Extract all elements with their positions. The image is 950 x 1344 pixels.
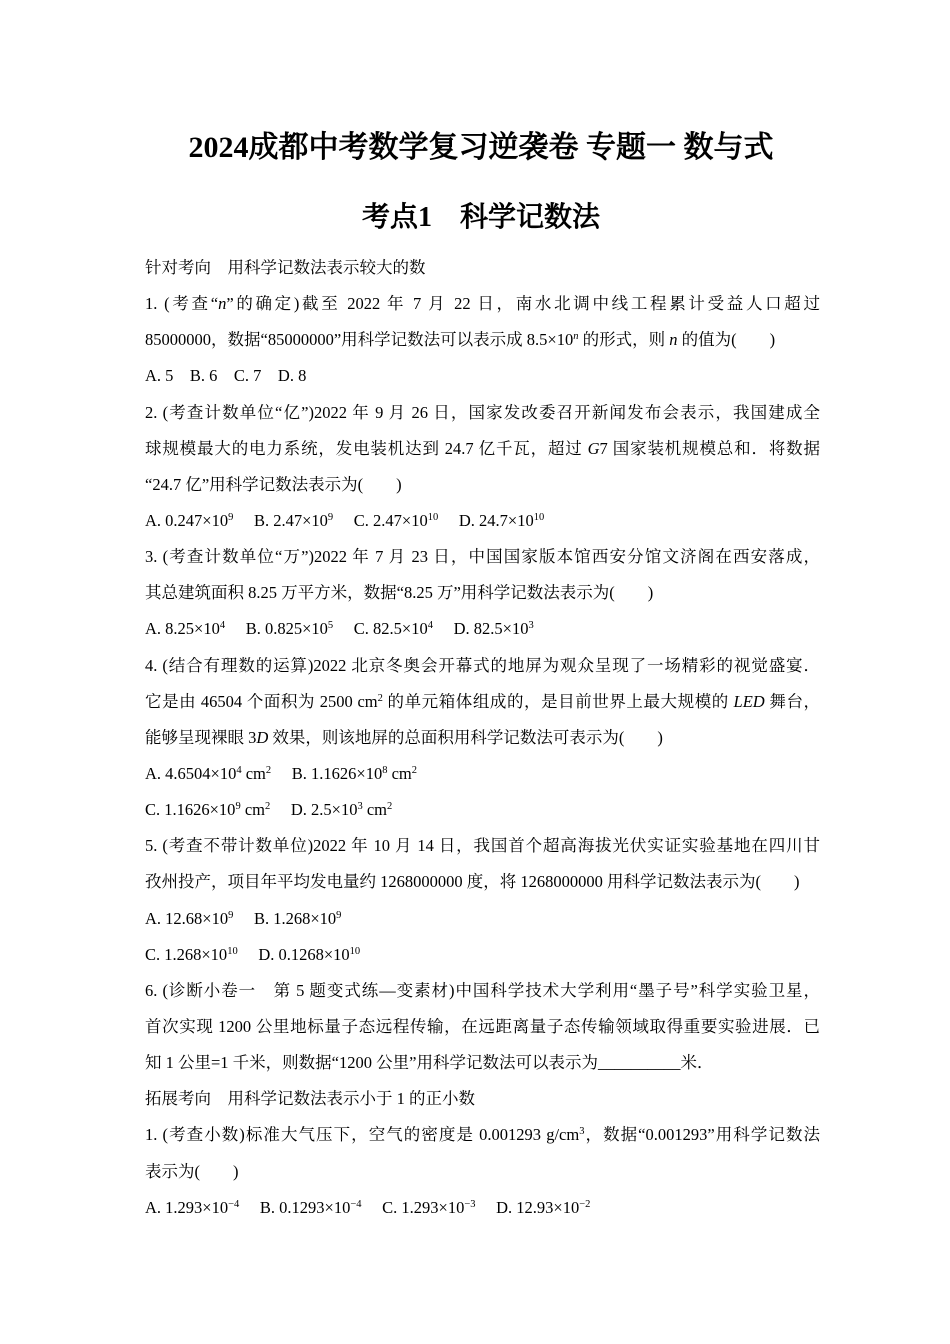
text-segment: −2 bbox=[579, 1199, 590, 1210]
text-segment: A. 12.68×10 bbox=[145, 909, 228, 928]
text-segment: 85000000，数据“85000000”用科学记数法可以表示成 8.5×10 bbox=[145, 330, 573, 349]
text-segment: 1. (考查小数)标准大气压下，空气的密度是 0.001293 g/cm bbox=[145, 1125, 579, 1144]
text-segment: 6. (诊断小卷一 第 5 题变式练—变素材)中国科学技术大学利用“墨子号”科学… bbox=[145, 981, 820, 1000]
text-segment: cm bbox=[363, 800, 387, 819]
text-segment: 10 bbox=[534, 512, 545, 523]
text-segment: 10 bbox=[350, 946, 361, 957]
text-segment: D. 12.93×10 bbox=[476, 1198, 580, 1217]
text-segment: 其总建筑面积 8.25 万平方米，数据“8.25 万”用科学记数法表示为( ) bbox=[145, 583, 653, 602]
text-segment: C. 82.5×10 bbox=[333, 619, 428, 638]
text-segment: “24.7 亿”用科学记数法表示为( ) bbox=[145, 475, 402, 494]
q4-options-cd: C. 1.1626×109 cm2 D. 2.5×103 cm2 bbox=[145, 792, 820, 828]
text-segment: 针对考向 用科学记数法表示较大的数 bbox=[145, 258, 426, 277]
text-segment: A. 0.247×10 bbox=[145, 511, 228, 530]
text-segment: 9 bbox=[336, 910, 341, 921]
text-segment: −4 bbox=[350, 1199, 361, 1210]
text-segment: C. 2.47×10 bbox=[333, 511, 428, 530]
text-segment: 的单元箱体组成的，是目前世界上最大规模的 bbox=[383, 692, 734, 711]
text-segment: 的值为( ) bbox=[677, 330, 775, 349]
text-segment: 能够呈现裸眼 3 bbox=[145, 728, 256, 747]
text-segment: B. 2.47×10 bbox=[233, 511, 328, 530]
text-segment: 10 bbox=[428, 512, 439, 523]
q1-line2: 85000000，数据“85000000”用科学记数法可以表示成 8.5×10n… bbox=[145, 322, 820, 358]
focus-direction-large-numbers: 针对考向 用科学记数法表示较大的数 bbox=[145, 250, 820, 286]
text-segment: 球规模最大的电力系统，发电装机达到 24.7 亿千瓦，超过 bbox=[145, 439, 588, 458]
text-segment: A. 8.25×10 bbox=[145, 619, 220, 638]
text-segment: C. 1.268×10 bbox=[145, 945, 227, 964]
q2-line1: 2. (考查计数单位“亿”)2022 年 9 月 26 日，国家发改委召开新闻发… bbox=[145, 395, 820, 431]
text-segment: −3 bbox=[464, 1199, 475, 1210]
q5-options-cd: C. 1.268×1010 D. 0.1268×1010 bbox=[145, 937, 820, 973]
text-segment: A. 4.6504×10 bbox=[145, 764, 236, 783]
q5-options-ab: A. 12.68×109 B. 1.268×109 bbox=[145, 901, 820, 937]
text-segment: ，数据“0.001293”用科学记数法 bbox=[584, 1125, 820, 1144]
text-segment: D bbox=[256, 728, 268, 747]
text-segment: G bbox=[588, 439, 600, 458]
text-segment: B. 0.825×10 bbox=[225, 619, 328, 638]
text-segment: cm bbox=[242, 764, 266, 783]
text-segment: 孜州投产，项目年平均发电量约 1268000000 度，将 1268000000… bbox=[145, 872, 800, 891]
text-segment: 拓展考向 用科学记数法表示小于 1 的正小数 bbox=[145, 1089, 475, 1108]
worksheet-page: 2024成都中考数学复习逆袭卷 专题一 数与式 考点1 科学记数法 针对考向 用… bbox=[0, 0, 950, 1344]
text-segment: 1. (考查“ bbox=[145, 294, 218, 313]
q6-line2: 首次实现 1200 公里地标量子态远程传输，在远距离量子态传输领域取得重要实验进… bbox=[145, 1009, 820, 1045]
focus-direction-small-decimals: 拓展考向 用科学记数法表示小于 1 的正小数 bbox=[145, 1081, 820, 1117]
q2-options: A. 0.247×109 B. 2.47×109 C. 2.47×1010 D.… bbox=[145, 503, 820, 539]
text-segment: 10 bbox=[227, 946, 238, 957]
document-title: 2024成都中考数学复习逆袭卷 专题一 数与式 bbox=[145, 126, 817, 170]
text-segment: LED bbox=[734, 692, 765, 711]
text-segment: C. 1.293×10 bbox=[362, 1198, 465, 1217]
q7-line2: 表示为( ) bbox=[145, 1154, 820, 1190]
text-segment: C. 1.1626×10 bbox=[145, 800, 235, 819]
q2-line2: 球规模最大的电力系统，发电装机达到 24.7 亿千瓦，超过 G7 国家装机规模总… bbox=[145, 431, 820, 467]
answer-blank: __________ bbox=[598, 1053, 681, 1072]
q5-line1: 5. (考查不带计数单位)2022 年 10 月 14 日，我国首个超高海拔光伏… bbox=[145, 828, 820, 864]
q4-options-ab: A. 4.6504×104 cm2 B. 1.1626×108 cm2 bbox=[145, 756, 820, 792]
text-segment: 7 国家装机规模总和．将数据 bbox=[600, 439, 820, 458]
q6-line3: 知 1 公里=1 千米，则数据“1200 公里”用科学记数法可以表示为_____… bbox=[145, 1045, 820, 1081]
text-segment: D. 0.1268×10 bbox=[238, 945, 350, 964]
q1-line1: 1. (考查“n”的确定)截至 2022 年 7 月 22 日，南水北调中线工程… bbox=[145, 286, 820, 322]
text-segment: ”的确定)截至 2022 年 7 月 22 日，南水北调中线工程累计受益人口超过 bbox=[226, 294, 820, 313]
text-segment: D. 2.5×10 bbox=[270, 800, 357, 819]
text-segment: A. 1.293×10 bbox=[145, 1198, 228, 1217]
text-segment: B. 0.1293×10 bbox=[239, 1198, 350, 1217]
q1-options: A. 5 B. 6 C. 7 D. 8 bbox=[145, 358, 820, 394]
text-segment: 2. (考查计数单位“亿”)2022 年 9 月 26 日，国家发改委召开新闻发… bbox=[145, 403, 820, 422]
q6-line1: 6. (诊断小卷一 第 5 题变式练—变素材)中国科学技术大学利用“墨子号”科学… bbox=[145, 973, 820, 1009]
q3-line2: 其总建筑面积 8.25 万平方米，数据“8.25 万”用科学记数法表示为( ) bbox=[145, 575, 820, 611]
q7-line1: 1. (考查小数)标准大气压下，空气的密度是 0.001293 g/cm3，数据… bbox=[145, 1117, 820, 1153]
text-segment: 的形式，则 bbox=[578, 330, 669, 349]
text-segment: −4 bbox=[228, 1199, 239, 1210]
text-segment: 知 1 公里=1 千米，则数据“1200 公里”用科学记数法可以表示为 bbox=[145, 1053, 598, 1072]
text-segment: D. 82.5×10 bbox=[433, 619, 528, 638]
q4-line3: 能够呈现裸眼 3D 效果，则该地屏的总面积用科学记数法可表示为( ) bbox=[145, 720, 820, 756]
text-segment: cm bbox=[241, 800, 265, 819]
text-segment: 3 bbox=[528, 620, 533, 631]
q4-line1: 4. (结合有理数的运算)2022 北京冬奥会开幕式的地屏为观众呈现了一场精彩的… bbox=[145, 648, 820, 684]
text-segment: cm bbox=[387, 764, 411, 783]
text-segment: 2 bbox=[412, 765, 417, 776]
q3-options: A. 8.25×104 B. 0.825×105 C. 82.5×104 D. … bbox=[145, 611, 820, 647]
text-segment: 4. (结合有理数的运算)2022 北京冬奥会开幕式的地屏为观众呈现了一场精彩的… bbox=[145, 656, 820, 675]
text-segment: A. 5 B. 6 C. 7 D. 8 bbox=[145, 366, 306, 385]
q2-line3: “24.7 亿”用科学记数法表示为( ) bbox=[145, 467, 820, 503]
document-body: 针对考向 用科学记数法表示较大的数1. (考查“n”的确定)截至 2022 年 … bbox=[145, 250, 820, 1226]
text-segment: D. 24.7×10 bbox=[438, 511, 533, 530]
q4-line2: 它是由 46504 个面积为 2500 cm2 的单元箱体组成的，是目前世界上最… bbox=[145, 684, 820, 720]
text-segment: 5. (考查不带计数单位)2022 年 10 月 14 日，我国首个超高海拔光伏… bbox=[145, 836, 820, 855]
text-segment: 表示为( ) bbox=[145, 1162, 239, 1181]
text-segment: B. 1.1626×10 bbox=[271, 764, 382, 783]
q5-line2: 孜州投产，项目年平均发电量约 1268000000 度，将 1268000000… bbox=[145, 864, 820, 900]
q3-line1: 3. (考查计数单位“万”)2022 年 7 月 23 日，中国国家版本馆西安分… bbox=[145, 539, 820, 575]
text-segment: 3. (考查计数单位“万”)2022 年 7 月 23 日，中国国家版本馆西安分… bbox=[145, 547, 820, 566]
text-segment: 舞台， bbox=[765, 692, 820, 711]
text-segment: 效果，则该地屏的总面积用科学记数法可表示为( ) bbox=[268, 728, 663, 747]
section-heading: 考点1 科学记数法 bbox=[145, 196, 817, 240]
text-segment: 它是由 46504 个面积为 2500 cm bbox=[145, 692, 378, 711]
q7-options: A. 1.293×10−4 B. 0.1293×10−4 C. 1.293×10… bbox=[145, 1190, 820, 1226]
text-segment: 2 bbox=[387, 801, 392, 812]
text-segment: 首次实现 1200 公里地标量子态远程传输，在远距离量子态传输领域取得重要实验进… bbox=[145, 1017, 820, 1036]
text-segment: B. 1.268×10 bbox=[233, 909, 336, 928]
text-segment: 米． bbox=[680, 1053, 713, 1072]
